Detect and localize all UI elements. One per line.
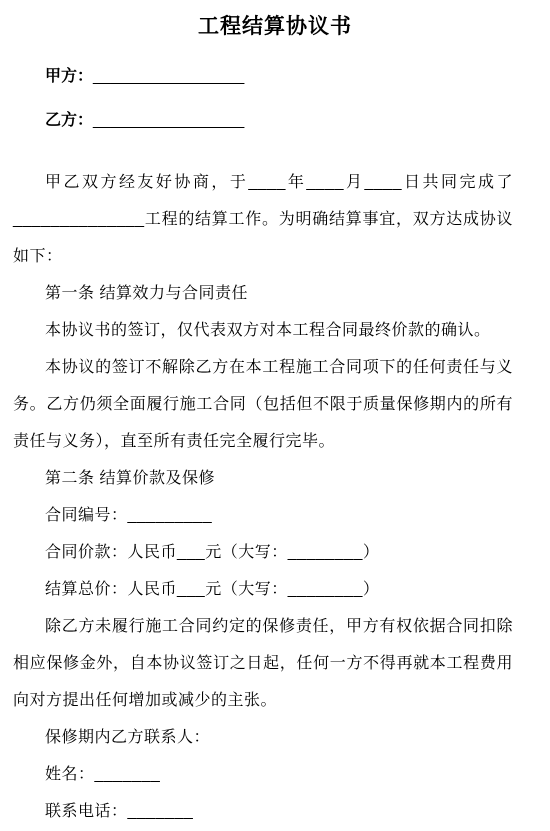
party-b-blank-line: _________________: [93, 112, 244, 129]
paragraph-intro: 甲乙双方经友好协商，于____年____月____日共同完成了_________…: [13, 164, 513, 275]
party-a-row: 甲方：_________________: [13, 55, 513, 99]
party-a-label: 甲方：: [45, 68, 93, 85]
contract-number-line: 合同编号：_________: [13, 497, 513, 534]
document-body: 甲乙双方经友好协商，于____年____月____日共同完成了_________…: [13, 164, 513, 830]
clause-2-heading: 第二条 结算价款及保修: [13, 460, 513, 497]
contact-name-line: 姓名：_______: [13, 756, 513, 793]
clause-1-paragraph-1: 本协议书的签订，仅代表双方对本工程合同最终价款的确认。: [13, 312, 513, 349]
party-b-row: 乙方：_________________: [13, 99, 513, 143]
clause-1-paragraph-2: 本协议的签订不解除乙方在本工程施工合同项下的任何责任与义务。乙方仍须全面履行施工…: [13, 349, 513, 460]
clause-2-paragraph-1: 除乙方未履行施工合同约定的保修责任，甲方有权依据合同扣除相应保修金外，自本协议签…: [13, 608, 513, 719]
warranty-contact-heading: 保修期内乙方联系人：: [13, 719, 513, 756]
party-b-label: 乙方：: [45, 112, 93, 129]
settlement-total-line: 结算总价：人民币___元（大写：________）: [13, 571, 513, 608]
party-a-blank-line: _________________: [93, 68, 244, 85]
clause-1-heading: 第一条 结算效力与合同责任: [13, 275, 513, 312]
contact-phone-line: 联系电话：_______: [13, 793, 513, 830]
contract-price-line: 合同价款：人民币___元（大写：________）: [13, 534, 513, 571]
document-title: 工程结算协议书: [0, 0, 550, 41]
document-page: 工程结算协议书 甲方：_________________ 乙方：________…: [0, 0, 550, 831]
